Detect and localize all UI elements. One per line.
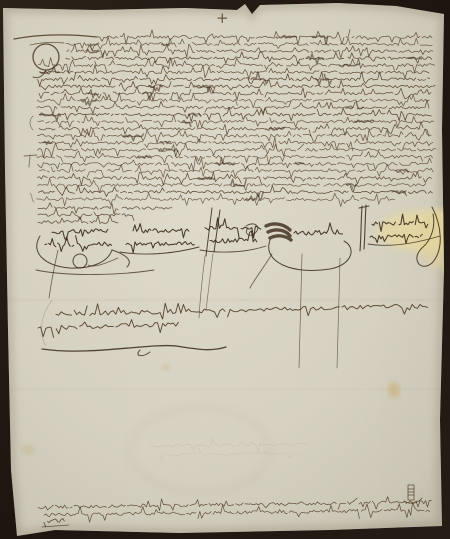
fold-crease	[0, 299, 450, 301]
fold-crease-lower	[0, 388, 450, 390]
manuscript-photo: +	[0, 0, 450, 539]
paper-grain-texture	[0, 0, 450, 539]
manuscript-canvas: +	[0, 0, 450, 539]
invocation-cross-mark: +	[216, 9, 229, 27]
manuscript-paper	[0, 0, 450, 539]
faint-spot	[161, 363, 171, 371]
faint-spot-left	[21, 445, 35, 455]
